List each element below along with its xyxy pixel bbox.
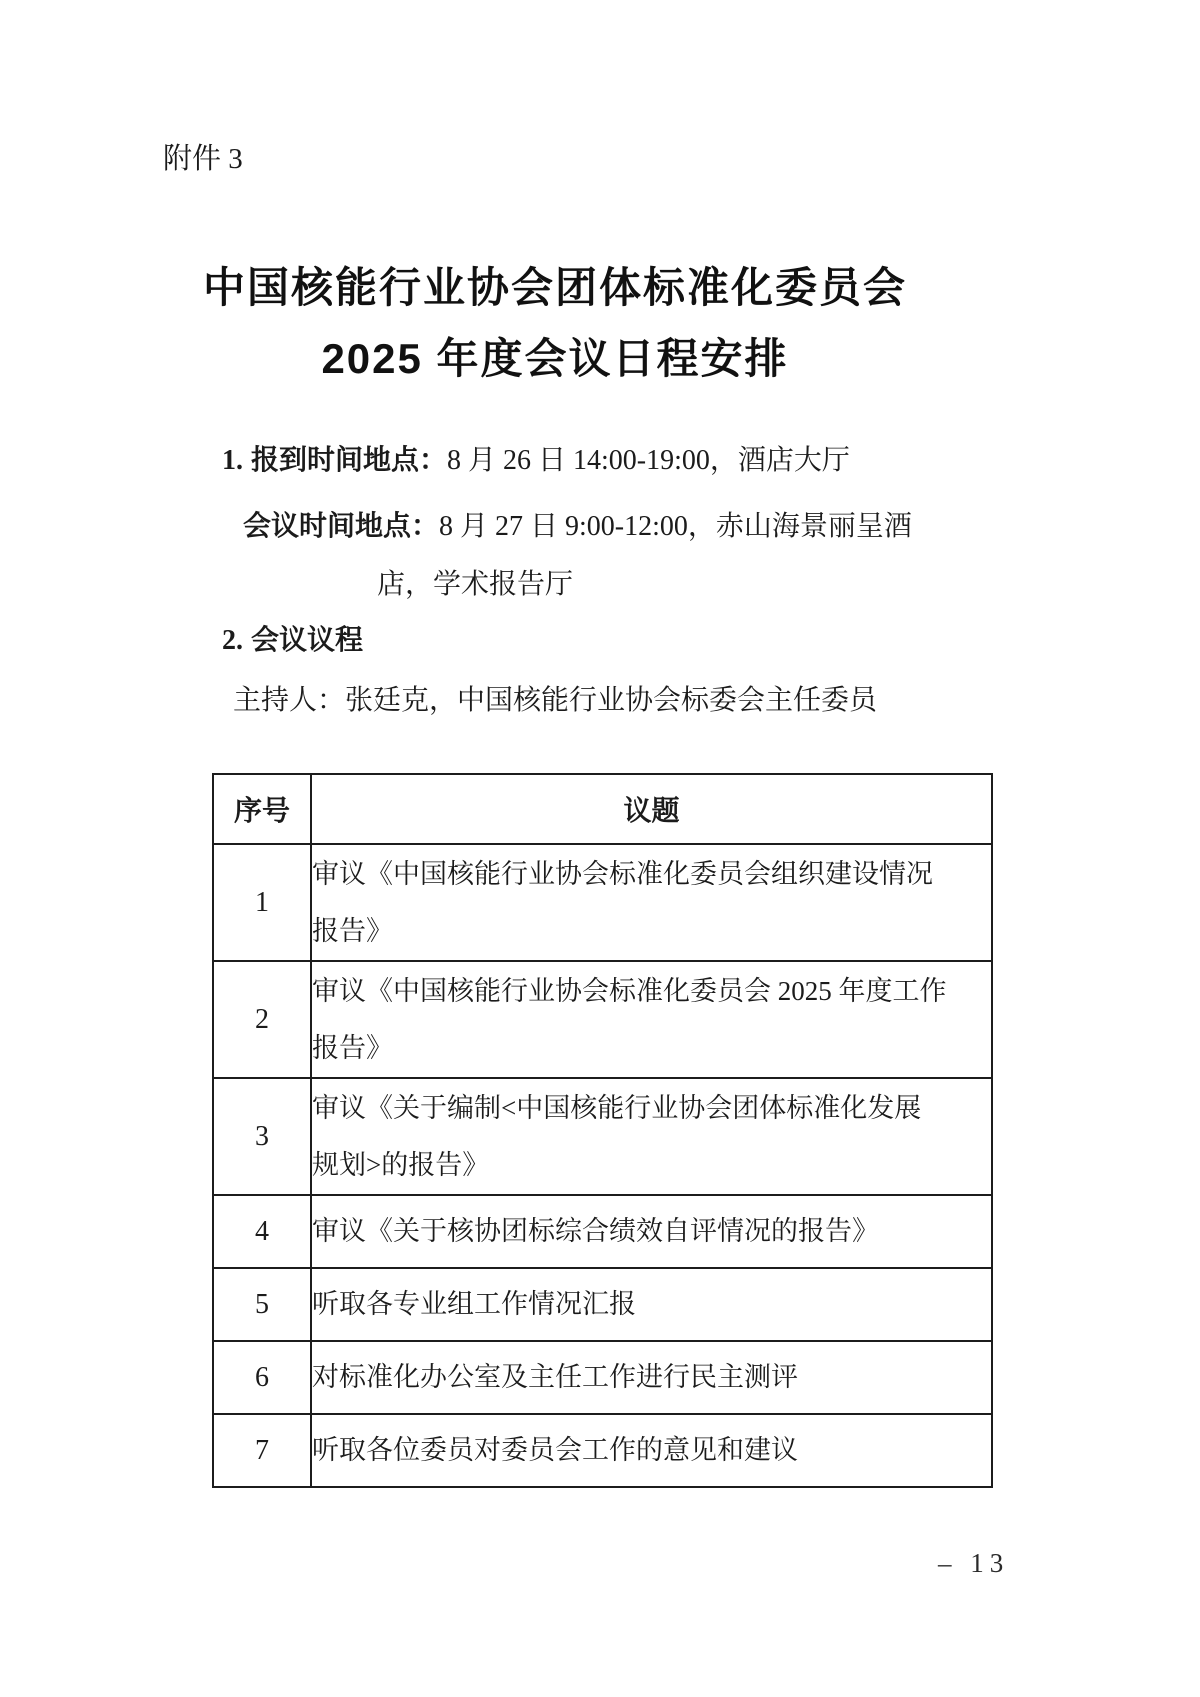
host-line: 主持人：张廷克，中国核能行业协会标委会主任委员 bbox=[233, 684, 877, 718]
topic-line: 报告》 bbox=[312, 903, 991, 960]
row-number: 1 bbox=[213, 844, 311, 961]
table-row: 3 审议《关于编制<中国核能行业协会团体标准化发展 规划>的报告》 bbox=[213, 1078, 992, 1195]
document-title-line1: 中国核能行业协会团体标准化委员会 bbox=[0, 262, 1110, 314]
table-row: 5 听取各专业组工作情况汇报 bbox=[213, 1268, 992, 1341]
row-topic: 审议《中国核能行业协会标准化委员会 2025 年度工作 报告》 bbox=[311, 961, 992, 1078]
item2-value-line1: 8 月 27 日 9:00-12:00，赤山海景丽呈酒 bbox=[439, 511, 912, 542]
item1-value: 8 月 26 日 14:00-19:00，酒店大厅 bbox=[447, 445, 850, 476]
row-number: 4 bbox=[213, 1195, 311, 1268]
topic-line: 对标准化办公室及主任工作进行民主测评 bbox=[312, 1361, 991, 1393]
registration-time-line: 1.报到时间地点：8 月 26 日 14:00-19:00，酒店大厅 bbox=[222, 444, 850, 478]
item3-label: 会议议程 bbox=[251, 625, 363, 656]
row-number: 5 bbox=[213, 1268, 311, 1341]
table-row: 7 听取各位委员对委员会工作的意见和建议 bbox=[213, 1414, 992, 1487]
row-topic: 审议《中国核能行业协会标准化委员会组织建设情况 报告》 bbox=[311, 844, 992, 961]
row-topic: 审议《关于编制<中国核能行业协会团体标准化发展 规划>的报告》 bbox=[311, 1078, 992, 1195]
attachment-label: 附件 3 bbox=[163, 142, 243, 177]
topic-line: 报告》 bbox=[312, 1020, 991, 1077]
row-topic: 听取各位委员对委员会工作的意见和建议 bbox=[311, 1414, 992, 1487]
row-number: 2 bbox=[213, 961, 311, 1078]
meeting-time-line: 会议时间地点：8 月 27 日 9:00-12:00，赤山海景丽呈酒 bbox=[243, 510, 912, 544]
table-row: 4 审议《关于核协团标综合绩效自评情况的报告》 bbox=[213, 1195, 992, 1268]
table-row: 1 审议《中国核能行业协会标准化委员会组织建设情况 报告》 bbox=[213, 844, 992, 961]
item1-number: 1. bbox=[222, 445, 243, 476]
document-page: 附件 3 中国核能行业协会团体标准化委员会 2025 年度会议日程安排 1.报到… bbox=[0, 0, 1200, 1697]
row-number: 7 bbox=[213, 1414, 311, 1487]
row-topic: 对标准化办公室及主任工作进行民主测评 bbox=[311, 1341, 992, 1414]
agenda-table-header-row: 序号 议题 bbox=[213, 774, 992, 844]
topic-line: 审议《中国核能行业协会标准化委员会 2025 年度工作 bbox=[312, 963, 991, 1020]
row-number: 6 bbox=[213, 1341, 311, 1414]
topic-line: 听取各位委员对委员会工作的意见和建议 bbox=[312, 1434, 991, 1466]
table-row: 2 审议《中国核能行业协会标准化委员会 2025 年度工作 报告》 bbox=[213, 961, 992, 1078]
item3-number: 2. bbox=[222, 625, 243, 656]
item1-label: 报到时间地点： bbox=[251, 445, 447, 476]
topic-line: 审议《中国核能行业协会标准化委员会组织建设情况 bbox=[312, 846, 991, 903]
row-number: 3 bbox=[213, 1078, 311, 1195]
topic-line: 审议《关于核协团标综合绩效自评情况的报告》 bbox=[312, 1215, 991, 1247]
document-title-line2: 2025 年度会议日程安排 bbox=[0, 333, 1110, 385]
agenda-table: 序号 议题 1 审议《中国核能行业协会标准化委员会组织建设情况 报告》 2 审议… bbox=[212, 773, 993, 1488]
meeting-location-continued: 店，学术报告厅 bbox=[377, 568, 573, 602]
table-row: 6 对标准化办公室及主任工作进行民主测评 bbox=[213, 1341, 992, 1414]
row-topic: 审议《关于核协团标综合绩效自评情况的报告》 bbox=[311, 1195, 992, 1268]
column-header-topic: 议题 bbox=[311, 774, 992, 844]
topic-line: 听取各专业组工作情况汇报 bbox=[312, 1288, 991, 1320]
agenda-section-heading: 2.会议议程 bbox=[222, 624, 363, 658]
topic-line: 规划>的报告》 bbox=[312, 1137, 991, 1194]
item2-label: 会议时间地点： bbox=[243, 511, 439, 542]
column-header-number: 序号 bbox=[213, 774, 311, 844]
page-number: – 13 bbox=[938, 1548, 1009, 1579]
topic-line: 审议《关于编制<中国核能行业协会团体标准化发展 bbox=[312, 1080, 991, 1137]
row-topic: 听取各专业组工作情况汇报 bbox=[311, 1268, 992, 1341]
